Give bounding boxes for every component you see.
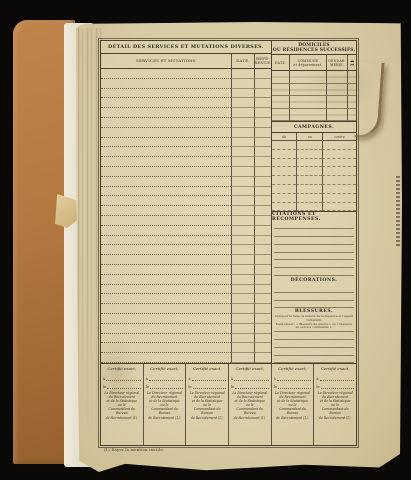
table-row	[101, 265, 271, 275]
col-header-contre: contre	[322, 133, 356, 140]
date-cell	[231, 343, 254, 353]
ruled-line	[274, 229, 354, 237]
services-cell	[101, 196, 231, 206]
date-cell	[231, 138, 254, 148]
date-cell	[231, 275, 254, 285]
date-cell	[231, 353, 254, 363]
date-cell	[231, 314, 254, 324]
services-cell	[101, 206, 231, 216]
reference-cell	[254, 294, 271, 304]
services-cell	[101, 177, 231, 187]
signature-line: Commandant du Bureau	[231, 407, 269, 415]
signature-block: Le Directeur régional du Recrutement et …	[231, 391, 269, 420]
certificate-box: Certifié exact, à le Le Directeur région…	[185, 364, 228, 445]
date-field: le	[231, 381, 269, 389]
table-row	[101, 69, 271, 79]
ruled-line	[274, 260, 354, 268]
citations-title: CITATIONS ET RÉCOMPENSES.	[272, 212, 356, 221]
table-row	[101, 196, 271, 206]
reference-cell	[254, 177, 271, 187]
date-cell	[231, 89, 254, 99]
signature-line: Commandant du Bureau	[188, 407, 226, 415]
reference-cell	[254, 79, 271, 89]
table-row	[101, 334, 271, 344]
services-cell	[101, 147, 231, 157]
reference-cell	[254, 236, 271, 246]
date-cell	[231, 128, 254, 138]
right-column: DOMICILES OU RÉSIDENCES SUCCESSIFS. DATE…	[272, 41, 356, 363]
certificate-title: Certifié exact,	[274, 366, 312, 373]
services-cell	[101, 226, 231, 236]
date-field: le	[274, 381, 312, 389]
signature-block: Le Directeur régional du Recrutement et …	[146, 391, 184, 420]
services-cell	[101, 187, 231, 197]
signature-block: Le Directeur régional du Recrutement et …	[188, 391, 226, 420]
services-cell	[101, 255, 231, 265]
services-mutations-table: DÉTAIL DES SERVICES ET MUTATIONS DIVERSE…	[101, 41, 272, 363]
campagnes-body	[272, 141, 356, 212]
reference-cell	[254, 245, 271, 255]
col-header-reference: RÉFÉ- RENCE.	[254, 54, 271, 68]
date-cell	[231, 226, 254, 236]
date-cell	[231, 304, 254, 314]
dotted-fill-line	[321, 388, 354, 389]
reference-cell	[254, 167, 271, 177]
services-cell	[101, 324, 231, 334]
signature-line: de Recrutement (1).	[274, 416, 312, 420]
col-header-gendarmerie: GENDAR- MERIE.	[326, 55, 347, 70]
au-cell	[296, 176, 321, 185]
place-field: à	[231, 373, 269, 381]
campagnes-header: du au contre	[272, 133, 356, 141]
contre-cell	[322, 167, 356, 176]
reference-cell	[254, 334, 271, 344]
du-cell	[272, 150, 296, 159]
du-cell	[272, 167, 296, 176]
date-cell	[231, 265, 254, 275]
services-cell	[101, 89, 231, 99]
place-field: à	[146, 373, 184, 381]
du-cell	[272, 176, 296, 185]
certificate-box: Certifié exact, à le Le Directeur région…	[101, 364, 143, 445]
signature-line: de Recrutement (1).	[316, 416, 354, 420]
certificate-box: Certifié exact, à le Le Directeur région…	[271, 364, 314, 445]
table-row	[101, 187, 271, 197]
services-cell	[101, 334, 231, 344]
signature-line: Commandant du Bureau	[146, 407, 184, 415]
contre-cell	[322, 150, 356, 159]
table-row	[272, 96, 356, 109]
reference-cell	[254, 226, 271, 236]
table-row	[272, 84, 356, 97]
certificate-title: Certifié exact,	[316, 366, 354, 373]
domiciles-table-body	[272, 71, 356, 122]
col-header-services: SERVICES ET MUTATIONS	[101, 54, 231, 68]
du-cell	[272, 159, 296, 168]
domiciles-table-title: DOMICILES OU RÉSIDENCES SUCCESSIFS.	[272, 41, 356, 55]
services-table-title: DÉTAIL DES SERVICES ET MUTATIONS DIVERSE…	[101, 41, 271, 54]
date-cell	[231, 236, 254, 246]
table-row	[101, 206, 271, 216]
table-row	[272, 71, 356, 84]
table-row	[101, 353, 271, 363]
date-cell	[231, 206, 254, 216]
date-label: le	[103, 385, 106, 389]
date-label: le	[316, 385, 319, 389]
reference-cell	[254, 69, 271, 79]
signature-line: Commandant du Bureau	[274, 407, 312, 415]
date-cell	[272, 109, 289, 122]
au-cell	[296, 159, 321, 168]
dotted-fill-line	[107, 388, 140, 389]
table-row	[272, 150, 356, 159]
reference-cell	[254, 343, 271, 353]
date-cell	[231, 147, 254, 157]
signature-line: de Recrutement (1).	[231, 416, 269, 420]
commune-cell	[289, 71, 326, 84]
services-cell	[101, 245, 231, 255]
services-cell	[101, 343, 231, 353]
au-cell	[296, 194, 321, 203]
certificate-box: Certifié exact, à le Le Directeur région…	[228, 364, 271, 445]
table-row	[101, 255, 271, 265]
place-field: à	[188, 373, 226, 381]
ruled-line	[274, 268, 354, 276]
certificate-title: Certifié exact,	[188, 366, 226, 373]
date-cell	[231, 324, 254, 334]
footnote: (1) Rayer la mention inutile.	[104, 447, 164, 452]
reference-cell	[254, 314, 271, 324]
date-cell	[231, 196, 254, 206]
table-row	[101, 118, 271, 128]
commune-cell	[289, 96, 326, 109]
au-cell	[296, 141, 321, 150]
date-label: le	[146, 385, 149, 389]
decorations-lines	[272, 285, 356, 308]
reference-cell	[254, 216, 271, 226]
certificate-box: Certifié exact, à le Le Directeur région…	[313, 364, 356, 445]
table-row	[101, 226, 271, 236]
table-row	[101, 147, 271, 157]
dotted-fill-line	[150, 388, 183, 389]
place-field: à	[103, 373, 141, 381]
contre-cell	[322, 176, 356, 185]
ruled-line	[274, 253, 354, 261]
table-row	[101, 294, 271, 304]
narrow-cell	[347, 71, 356, 84]
table-row	[101, 314, 271, 324]
date-cell	[231, 118, 254, 128]
table-row	[101, 275, 271, 285]
date-cell	[231, 177, 254, 187]
date-label: le	[274, 385, 277, 389]
services-cell	[101, 69, 231, 79]
reference-cell	[254, 98, 271, 108]
date-cell	[272, 96, 289, 109]
certificate-title: Certifié exact,	[103, 366, 141, 373]
reference-cell	[254, 89, 271, 99]
ruled-line	[274, 221, 354, 229]
table-row	[101, 236, 271, 246]
table-row	[272, 141, 356, 150]
ruled-line	[274, 245, 354, 253]
certificates-strip: Certifié exact, à le Le Directeur région…	[101, 363, 356, 445]
folio-number: 41	[350, 59, 354, 66]
services-cell	[101, 314, 231, 324]
services-cell	[101, 108, 231, 118]
table-row	[101, 157, 271, 167]
col-header-du: du	[272, 133, 296, 140]
date-cell	[231, 108, 254, 118]
table-row	[101, 98, 271, 108]
narrow-cell	[347, 96, 356, 109]
contre-cell	[322, 203, 356, 212]
col-header-commune: COMMUNE et département.	[289, 55, 326, 70]
ruled-line	[274, 293, 354, 301]
dotted-fill-line	[193, 388, 226, 389]
ruled-line	[274, 340, 354, 348]
narrow-cell	[347, 84, 356, 97]
reference-cell	[254, 147, 271, 157]
col-header-date: DATE.	[272, 55, 289, 70]
certificate-title: Certifié exact,	[231, 366, 269, 373]
services-cell	[101, 167, 231, 177]
table-row	[101, 108, 271, 118]
du-cell	[272, 141, 296, 150]
ruled-line	[274, 301, 354, 309]
blessures-note: Indiquer la date, la nature de la blessu…	[272, 315, 356, 324]
services-cell	[101, 79, 231, 89]
form-frame: DÉTAIL DES SERVICES ET MUTATIONS DIVERSE…	[100, 40, 357, 446]
ruled-line	[274, 237, 354, 245]
signature-line: de Recrutement (1).	[188, 416, 226, 420]
reference-cell	[254, 304, 271, 314]
services-table-body	[101, 69, 271, 363]
reference-cell	[254, 206, 271, 216]
place-field: à	[274, 373, 312, 381]
date-cell	[231, 255, 254, 265]
services-cell	[101, 275, 231, 285]
date-field: le	[146, 381, 184, 389]
dotted-fill-line	[235, 388, 268, 389]
date-label: le	[231, 385, 234, 389]
signature-block: Le Directeur régional du Recrutement et …	[274, 391, 312, 420]
reference-cell	[254, 128, 271, 138]
date-cell	[231, 167, 254, 177]
domiciles-table-header: DATE. COMMUNE et département. GENDAR- ME…	[272, 55, 356, 71]
date-cell	[231, 98, 254, 108]
blessures-lines	[272, 324, 356, 363]
reference-cell	[254, 196, 271, 206]
date-cell	[231, 79, 254, 89]
table-row	[101, 324, 271, 334]
services-cell	[101, 236, 231, 246]
ruled-line	[274, 356, 354, 363]
contre-cell	[322, 141, 356, 150]
commune-cell	[289, 84, 326, 97]
date-label: le	[188, 385, 191, 389]
du-cell	[272, 203, 296, 212]
table-row	[101, 216, 271, 226]
date-cell	[231, 285, 254, 295]
services-cell	[101, 216, 231, 226]
signature-line: de Recrutement (1).	[146, 416, 184, 420]
table-row	[272, 167, 356, 176]
table-row	[272, 185, 356, 194]
campagnes-title: CAMPAGNES.	[272, 122, 356, 133]
table-row	[272, 176, 356, 185]
services-cell	[101, 98, 231, 108]
table-row	[101, 343, 271, 353]
date-cell	[231, 294, 254, 304]
certificate-title: Certifié exact,	[146, 366, 184, 373]
au-cell	[296, 150, 321, 159]
services-cell	[101, 353, 231, 363]
services-cell	[101, 118, 231, 128]
table-row	[272, 159, 356, 168]
table-row	[101, 89, 271, 99]
reference-cell	[254, 324, 271, 334]
table-row	[101, 128, 271, 138]
contre-cell	[322, 159, 356, 168]
decorations-title: DÉCORATIONS.	[272, 276, 356, 285]
date-field: le	[316, 381, 354, 389]
gendarmerie-cell	[326, 71, 347, 84]
date-cell	[231, 157, 254, 167]
date-cell	[231, 216, 254, 226]
services-cell	[101, 294, 231, 304]
services-cell	[101, 138, 231, 148]
signature-block: Le Directeur régional du Recrutement et …	[316, 391, 354, 420]
au-cell	[296, 167, 321, 176]
gendarmerie-cell	[326, 84, 347, 97]
table-row	[101, 285, 271, 295]
signature-block: Le Directeur régional du Recrutement et …	[103, 391, 141, 420]
gendarmerie-cell	[326, 96, 347, 109]
du-cell	[272, 194, 296, 203]
date-cell	[231, 334, 254, 344]
table-row	[101, 167, 271, 177]
commune-cell	[289, 109, 326, 122]
place-field: à	[316, 373, 354, 381]
services-table-header: SERVICES ET MUTATIONS DATE. RÉFÉ- RENCE.	[101, 54, 271, 69]
services-cell	[101, 285, 231, 295]
table-row	[101, 79, 271, 89]
date-cell	[272, 84, 289, 97]
ruled-line	[274, 324, 354, 332]
services-cell	[101, 265, 231, 275]
services-cell	[101, 157, 231, 167]
date-field: le	[188, 381, 226, 389]
table-row	[272, 194, 356, 203]
services-cell	[101, 128, 231, 138]
au-cell	[296, 203, 321, 212]
services-cell	[101, 304, 231, 314]
table-row	[101, 138, 271, 148]
folio-number-cell: 41	[347, 55, 356, 70]
reference-cell	[254, 187, 271, 197]
table-row	[272, 203, 356, 212]
table-row	[101, 177, 271, 187]
reference-cell	[254, 275, 271, 285]
contre-cell	[322, 185, 356, 194]
dotted-fill-line	[278, 388, 311, 389]
gendarmerie-cell	[326, 109, 347, 122]
reference-cell	[254, 353, 271, 363]
ruled-line	[274, 332, 354, 340]
reference-cell	[254, 157, 271, 167]
ruled-line	[274, 285, 354, 293]
date-cell	[231, 245, 254, 255]
date-cell	[231, 69, 254, 79]
date-cell	[272, 71, 289, 84]
ruled-line	[274, 348, 354, 356]
au-cell	[296, 185, 321, 194]
upper-tables: DÉTAIL DES SERVICES ET MUTATIONS DIVERSE…	[101, 41, 356, 363]
date-field: le	[103, 381, 141, 389]
citations-lines	[272, 221, 356, 276]
table-row	[101, 245, 271, 255]
col-header-au: au	[296, 133, 321, 140]
table-row	[101, 304, 271, 314]
signature-line: Commandant du Bureau	[103, 407, 141, 415]
edge-vertical-marking	[396, 176, 400, 246]
du-cell	[272, 185, 296, 194]
table-row	[272, 109, 356, 122]
col-header-date: DATE.	[231, 54, 254, 68]
date-cell	[231, 187, 254, 197]
reference-cell	[254, 265, 271, 275]
contre-cell	[322, 194, 356, 203]
signature-line: Commandant du Bureau	[316, 407, 354, 415]
reference-cell	[254, 255, 271, 265]
scanned-register-page: DÉTAIL DES SERVICES ET MUTATIONS DIVERSE…	[0, 0, 411, 480]
certificate-box: Certifié exact, à le Le Directeur région…	[143, 364, 186, 445]
reference-cell	[254, 108, 271, 118]
reference-cell	[254, 118, 271, 128]
reference-cell	[254, 285, 271, 295]
signature-line: de Recrutement (1).	[103, 416, 141, 420]
reference-cell	[254, 138, 271, 148]
